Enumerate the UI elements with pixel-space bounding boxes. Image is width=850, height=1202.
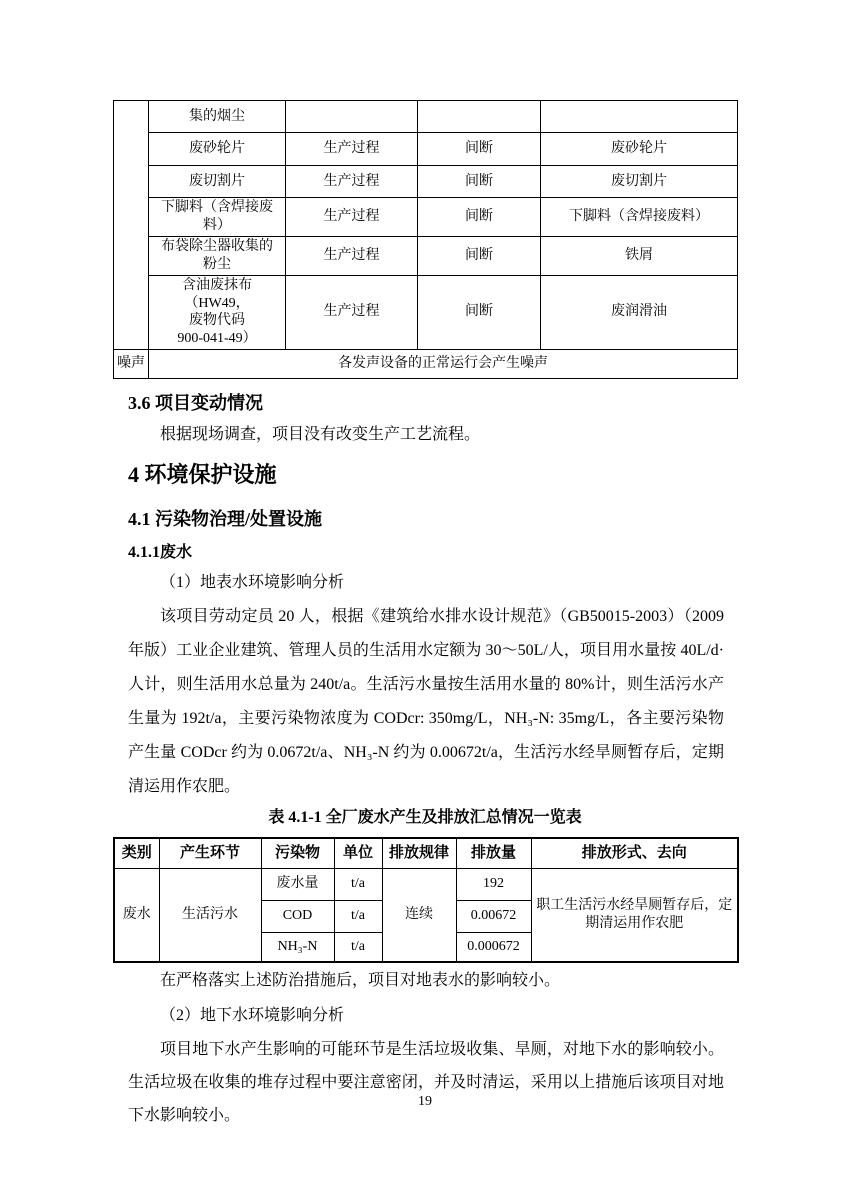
- waste-source-cell: 生产过程: [286, 275, 418, 350]
- waste-source-cell: 生产过程: [286, 198, 418, 237]
- amount-cell: 192: [456, 868, 531, 900]
- chapter-4-title: 4 环境保护设施: [128, 460, 724, 490]
- item-1-conclusion: 在严格落实上述防治措施后，项目对地表水的影响较小。: [128, 963, 724, 998]
- table-row: 下脚料（含焊接废 料） 生产过程 间断 下脚料（含焊接废料）: [114, 198, 738, 237]
- waste-pattern-cell: [418, 101, 541, 133]
- noise-text-cell: 各发声设备的正常运行会产生噪声: [149, 350, 738, 379]
- page-content: 集的烟尘 废砂轮片 生产过程 间断 废砂轮片 废切割片 生产过程 间断 废切割片…: [113, 100, 737, 1132]
- item-1-paragraph: 该项目劳动定员 20 人，根据《建筑给水排水设计规范》（GB50015-2003…: [128, 600, 724, 804]
- process-cell: 生活污水: [159, 868, 261, 962]
- item-2-heading: （2）地下水环境影响分析: [128, 998, 724, 1033]
- waste-pattern-cell: 间断: [418, 198, 541, 237]
- noise-label-cell: 噪声: [114, 350, 149, 379]
- waste-pattern-cell: 间断: [418, 236, 541, 275]
- table-row: 含油废抹布（HW49， 废物代码 900-041-49） 生产过程 间断 废润滑…: [114, 275, 738, 350]
- waste-pattern-cell: 间断: [418, 275, 541, 350]
- header-category: 类别: [114, 838, 159, 868]
- table-row: 集的烟尘: [114, 101, 738, 133]
- table-4-1-1-wrapper: 类别 产生环节 污染物 单位 排放规律 排放量 排放形式、去向 废水 生活污水 …: [113, 837, 737, 963]
- waste-source-cell: 生产过程: [286, 236, 418, 275]
- wastewater-table: 类别 产生环节 污染物 单位 排放规律 排放量 排放形式、去向 废水 生活污水 …: [113, 837, 739, 963]
- header-amount: 排放量: [456, 838, 531, 868]
- page-number: 19: [0, 1092, 850, 1112]
- waste-pattern-cell: 间断: [418, 166, 541, 198]
- pollutant-cell: 废水量: [261, 868, 334, 900]
- section-3-6-title: 3.6 项目变动情况: [128, 390, 724, 416]
- waste-name-cell: 集的烟尘: [149, 101, 286, 133]
- waste-disposal-cell: 废砂轮片: [541, 133, 738, 166]
- header-unit: 单位: [334, 838, 382, 868]
- waste-name-cell: 下脚料（含焊接废 料）: [149, 198, 286, 237]
- table-row: 布袋除尘器收集的 粉尘 生产过程 间断 铁屑: [114, 236, 738, 275]
- section-3-6-paragraph: 根据现场调查，项目没有改变生产工艺流程。: [128, 420, 724, 450]
- waste-pattern-cell: 间断: [418, 133, 541, 166]
- unit-cell: t/a: [334, 900, 382, 932]
- header-regularity: 排放规律: [382, 838, 456, 868]
- waste-disposal-cell: 废切割片: [541, 166, 738, 198]
- document-page: 集的烟尘 废砂轮片 生产过程 间断 废砂轮片 废切割片 生产过程 间断 废切割片…: [0, 0, 850, 1202]
- waste-source-cell: 生产过程: [286, 166, 418, 198]
- header-destination: 排放形式、去向: [531, 838, 738, 868]
- table-row: 废砂轮片 生产过程 间断 废砂轮片: [114, 133, 738, 166]
- waste-source-cell: [286, 101, 418, 133]
- waste-source-cell: 生产过程: [286, 133, 418, 166]
- table-header-row: 类别 产生环节 污染物 单位 排放规律 排放量 排放形式、去向: [114, 838, 738, 868]
- item-1-heading: （1）地表水环境影响分析: [128, 565, 724, 600]
- waste-name-cell: 废切割片: [149, 166, 286, 198]
- solid-waste-table: 集的烟尘 废砂轮片 生产过程 间断 废砂轮片 废切割片 生产过程 间断 废切割片…: [113, 100, 738, 379]
- pollutant-cell: NH₃-N: [261, 932, 334, 962]
- amount-cell: 0.00672: [456, 900, 531, 932]
- waste-disposal-cell: 铁屑: [541, 236, 738, 275]
- header-process: 产生环节: [159, 838, 261, 868]
- table-row: 废水 生活污水 废水量 t/a 连续 192 职工生活污水经旱厕暂存后，定 期清…: [114, 868, 738, 900]
- header-pollutant: 污染物: [261, 838, 334, 868]
- waste-disposal-cell: 废润滑油: [541, 275, 738, 350]
- item-2-paragraph: 项目地下水产生影响的可能环节是生活垃圾收集、旱厕，对地下水的影响较小。生活垃圾在…: [128, 1033, 724, 1132]
- table-4-1-1-caption: 表 4.1-1 全厂废水产生及排放汇总情况一览表: [113, 806, 737, 830]
- pollutant-cell: COD: [261, 900, 334, 932]
- section-4-1-1-title: 4.1.1废水: [128, 541, 724, 565]
- table-row-noise: 噪声 各发声设备的正常运行会产生噪声: [114, 350, 738, 379]
- unit-cell: t/a: [334, 932, 382, 962]
- waste-name-cell: 布袋除尘器收集的 粉尘: [149, 236, 286, 275]
- section-4-1-title: 4.1 污染物治理/处置设施: [128, 506, 724, 532]
- waste-disposal-cell: 下脚料（含焊接废料）: [541, 198, 738, 237]
- category-cell: 废水: [114, 868, 159, 962]
- destination-cell: 职工生活污水经旱厕暂存后，定 期清运用作农肥: [531, 868, 738, 962]
- waste-disposal-cell: [541, 101, 738, 133]
- unit-cell: t/a: [334, 868, 382, 900]
- table-row: 废切割片 生产过程 间断 废切割片: [114, 166, 738, 198]
- waste-name-cell: 含油废抹布（HW49， 废物代码 900-041-49）: [149, 275, 286, 350]
- amount-cell: 0.000672: [456, 932, 531, 962]
- waste-category-cell: [114, 101, 149, 350]
- waste-name-cell: 废砂轮片: [149, 133, 286, 166]
- regularity-cell: 连续: [382, 868, 456, 962]
